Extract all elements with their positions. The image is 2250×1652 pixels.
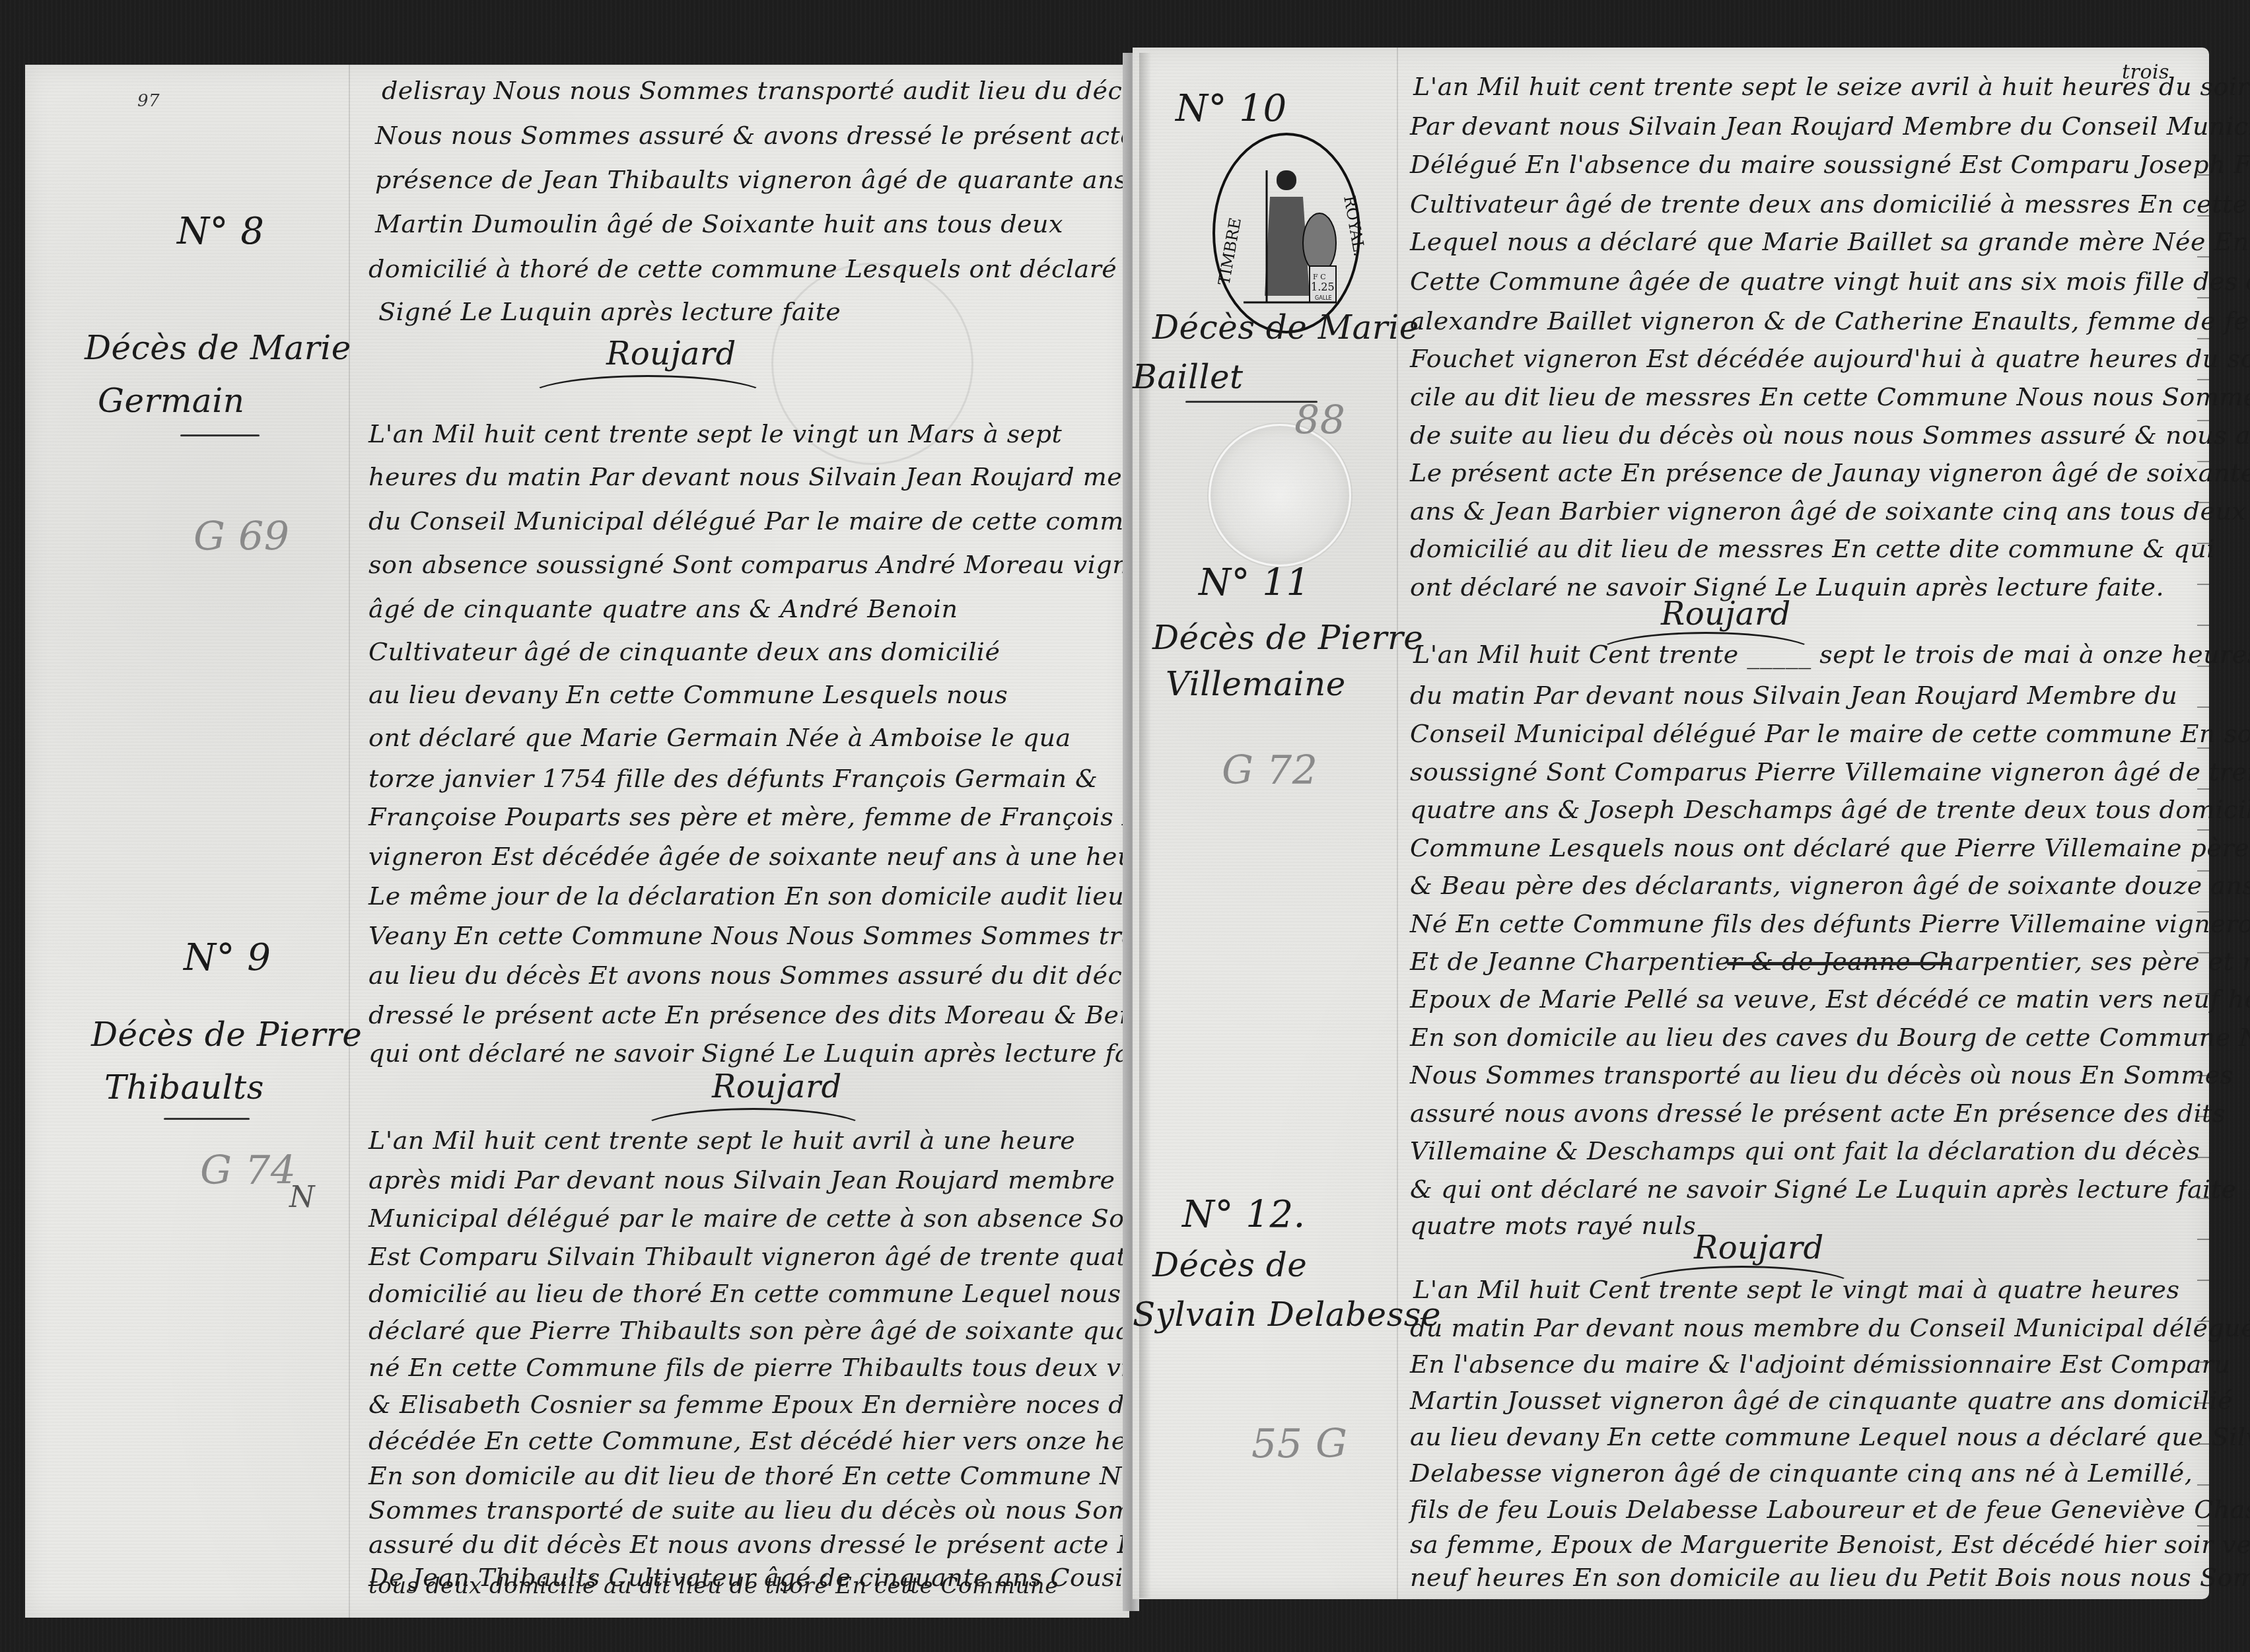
embossed-seal-icon xyxy=(1209,424,1351,567)
entry-line: Conseil Municipal délégué Par le maire d… xyxy=(1410,721,2250,746)
entry-line: Municipal délégué par le maire de cette … xyxy=(369,1206,1154,1231)
entry-line: & qui ont déclaré ne savoir Signé Le Luq… xyxy=(1410,1177,2237,1202)
svg-text:1.25: 1.25 xyxy=(1311,281,1335,293)
pencil-annotation: G 72 xyxy=(1222,747,1318,794)
entry-number: N° 10 xyxy=(1176,87,1287,130)
entry-line: heures du matin Par devant nous Silvain … xyxy=(369,464,1190,489)
entry-line: qui ont déclaré ne savoir Signé Le Luqui… xyxy=(369,1041,1130,1066)
entry-line: neuf heures En son domicile au lieu du P… xyxy=(1410,1565,2250,1590)
entry-line: Cultivateur âgé de cinquante deux ans do… xyxy=(369,639,1000,664)
entry-line: tous deux domicilié au dit lieu de thoré… xyxy=(369,1575,1059,1597)
entry-line: du Conseil Municipal délégué Par le mair… xyxy=(369,508,1203,533)
entry-line: Villemaine & Deschamps qui ont fait la d… xyxy=(1410,1138,2200,1163)
entry-line: du matin Par devant nous Silvain Jean Ro… xyxy=(1410,683,2177,708)
entry-line: Et de Jeanne Charpentier & de Jeanne Cha… xyxy=(1410,949,2250,974)
entry-line: Délégué En l'absence du maire soussigné … xyxy=(1410,152,2250,177)
continuation-line: domicilié à thoré de cette commune Lesqu… xyxy=(369,256,1244,281)
continuation-line: Nous nous Sommes assuré & avons dressé l… xyxy=(375,123,1179,148)
margin-rule xyxy=(1397,48,1398,1599)
entry-line: Nous Sommes transporté au lieu du décès … xyxy=(1410,1062,2233,1087)
entry-line: de suite au lieu du décès où nous nous S… xyxy=(1410,423,2250,448)
right-page: TIMBRE ROYAL. F C 1.25 GALLE trois N° 10… xyxy=(1133,48,2209,1599)
entry-line: cile au dit lieu de messres En cette Com… xyxy=(1410,384,2250,409)
entry-line: au lieu devany En cette Commune Lesquels… xyxy=(369,682,1008,707)
entry-line: Lequel nous a déclaré que Marie Baillet … xyxy=(1410,229,2249,254)
margin-title: Décès de xyxy=(1152,1246,1307,1284)
entry-line: vigneron Est décédée âgée de soixante ne… xyxy=(369,844,1250,869)
svg-text:TIMBRE: TIMBRE xyxy=(1214,216,1245,287)
margin-underline xyxy=(180,434,260,436)
margin-underline xyxy=(164,1118,250,1120)
margin-title: Thibaults xyxy=(104,1068,264,1107)
entry-line: au lieu du décès Et avons nous Sommes as… xyxy=(369,963,1150,988)
entry-line: soussigné Sont Comparus Pierre Villemain… xyxy=(1410,759,2250,784)
signature-roujard: Roujard xyxy=(712,1068,842,1105)
pencil-annotation: G 69 xyxy=(193,514,289,560)
entry-line: dressé le présent acte En présence des d… xyxy=(369,1002,1176,1027)
entry-line: En son domicile au lieu des caves du Bou… xyxy=(1410,1025,2250,1050)
signature-roujard: Roujard xyxy=(1661,596,1791,633)
margin-title: Sylvain Delabesse xyxy=(1133,1295,1441,1334)
entry-line: Sommes transporté de suite au lieu du dé… xyxy=(369,1497,1185,1523)
entry-number: N° 11 xyxy=(1199,561,1310,604)
margin-title: Décès de Marie xyxy=(1152,308,1419,347)
entry-line: du matin Par devant nous membre du Conse… xyxy=(1410,1315,2250,1340)
entry-line: L'an Mil huit cent trente sept le huit a… xyxy=(369,1128,1075,1153)
entry-line: L'an Mil huit Cent trente _____ sept le … xyxy=(1413,642,2250,667)
signature-roujard: Roujard xyxy=(606,335,736,372)
entry-line: assuré nous avons dressé le présent acte… xyxy=(1410,1101,2226,1126)
entry-line: Delabesse vigneron âgé de cinquante cinq… xyxy=(1410,1461,2193,1486)
entry-line: après midi Par devant nous Silvain Jean … xyxy=(369,1167,1184,1192)
continuation-line: Signé Le Luquin après lecture faite xyxy=(378,299,841,324)
entry-line: En l'absence du maire & l'adjoint démiss… xyxy=(1410,1352,2230,1377)
entry-line: Né En cette Commune fils des défunts Pie… xyxy=(1410,911,2250,936)
entry-line: Martin Jousset vigneron âgé de cinquante… xyxy=(1410,1388,2233,1413)
entry-number: N° 9 xyxy=(184,936,271,979)
entry-line: Fouchet vigneron Est décédée aujourd'hui… xyxy=(1410,346,2250,371)
signature-flourish xyxy=(527,375,769,419)
entry-line: âgé de cinquante quatre ans & André Beno… xyxy=(369,596,958,621)
pencil-annotation: G 74 xyxy=(200,1148,296,1194)
entry-line: Veany En cette Commune Nous Nous Sommes … xyxy=(369,923,1199,948)
margin-rule xyxy=(349,65,350,1618)
entry-line: & Beau père des déclarants, vigneron âgé… xyxy=(1410,873,2250,898)
margin-title: Décès de Pierre xyxy=(91,1015,362,1054)
entry-line: En son domicile au dit lieu de thoré En … xyxy=(369,1463,1192,1488)
entry-line: quatre ans & Joseph Deschamps âgé de tre… xyxy=(1410,797,2250,822)
entry-line: L'an Mil huit cent trente sept le vingt … xyxy=(369,421,1062,446)
entry-line: ans & Jean Barbier vigneron âgé de soixa… xyxy=(1410,499,2246,524)
pencil-annotation: 55 G xyxy=(1251,1421,1347,1467)
continuation-line: delisray Nous nous Sommes transporté aud… xyxy=(382,78,1191,103)
margin-title: Décès de Pierre xyxy=(1152,619,1423,657)
entry-line: fils de feu Louis Delabesse Laboureur et… xyxy=(1410,1497,2250,1522)
signature-roujard: Roujard xyxy=(1694,1229,1824,1266)
pencil-mark: N xyxy=(289,1181,315,1214)
entry-line: Est Comparu Silvain Thibault vigneron âg… xyxy=(369,1244,1178,1269)
entry-line: ont déclaré que Marie Germain Née à Ambo… xyxy=(369,725,1071,750)
entry-line: quatre mots rayé nuls xyxy=(1410,1213,1696,1238)
entry-line: Epoux de Marie Pellé sa veuve, Est décéd… xyxy=(1410,986,2250,1012)
entry-line: né En cette Commune fils de pierre Thiba… xyxy=(369,1355,1222,1380)
svg-text:ROYAL.: ROYAL. xyxy=(1340,194,1369,258)
entry-line: Cette Commune âgée de quatre vingt huit … xyxy=(1410,269,2250,294)
entry-line: au lieu devany En cette commune Lequel n… xyxy=(1410,1424,2250,1449)
entry-line: Françoise Pouparts ses père et mère, fem… xyxy=(369,804,1213,829)
left-page: 97 delisray Nous nous Sommes transporté … xyxy=(25,65,1129,1618)
entry-line: Par devant nous Silvain Jean Roujard Mem… xyxy=(1410,114,2250,139)
entry-line: L'an Mil huit Cent trente sept le vingt … xyxy=(1413,1277,2180,1302)
strikethrough xyxy=(1727,962,1951,965)
continuation-line: Martin Dumoulin âgé de Soixante huit ans… xyxy=(375,211,1063,236)
entry-line: domicilié au lieu de thoré En cette comm… xyxy=(369,1281,1144,1306)
pencil-annotation: 88 xyxy=(1294,397,1345,444)
entry-line: torze janvier 1754 fille des défunts Fra… xyxy=(369,766,1098,791)
entry-line: déclaré que Pierre Thibaults son père âg… xyxy=(369,1318,1198,1343)
continuation-line: présence de Jean Thibaults vigneron âgé … xyxy=(375,167,1199,192)
entry-line: domicilié au dit lieu de messres En cett… xyxy=(1410,536,2215,561)
entry-line: Le présent acte En présence de Jaunay vi… xyxy=(1410,460,2250,485)
entry-line: L'an Mil huit cent trente sept le seize … xyxy=(1413,74,2249,99)
svg-text:GALLE: GALLE xyxy=(1315,295,1332,301)
entry-line: alexandre Baillet vigneron & de Catherin… xyxy=(1410,308,2250,333)
entry-line: Commune Lesquels nous ont déclaré que Pi… xyxy=(1410,835,2249,860)
folio-mark: 97 xyxy=(137,91,160,111)
entry-number: N° 12. xyxy=(1182,1193,1306,1236)
entry-line: Cultivateur âgé de trente deux ans domic… xyxy=(1410,191,2250,217)
margin-title: Villemaine xyxy=(1166,665,1346,703)
entry-line: Le même jour de la déclaration En son do… xyxy=(369,883,1149,909)
entry-number: N° 8 xyxy=(177,210,264,253)
fold-shadow xyxy=(1139,53,1151,1598)
margin-title: Germain xyxy=(98,382,244,420)
margin-title: Décès de Marie xyxy=(85,329,351,367)
entry-line: son absence soussigné Sont comparus Andr… xyxy=(369,552,1188,577)
entry-line: sa femme, Epoux de Marguerite Benoist, E… xyxy=(1410,1532,2250,1557)
entry-line: décédée En cette Commune, Est décédé hie… xyxy=(369,1428,1225,1453)
